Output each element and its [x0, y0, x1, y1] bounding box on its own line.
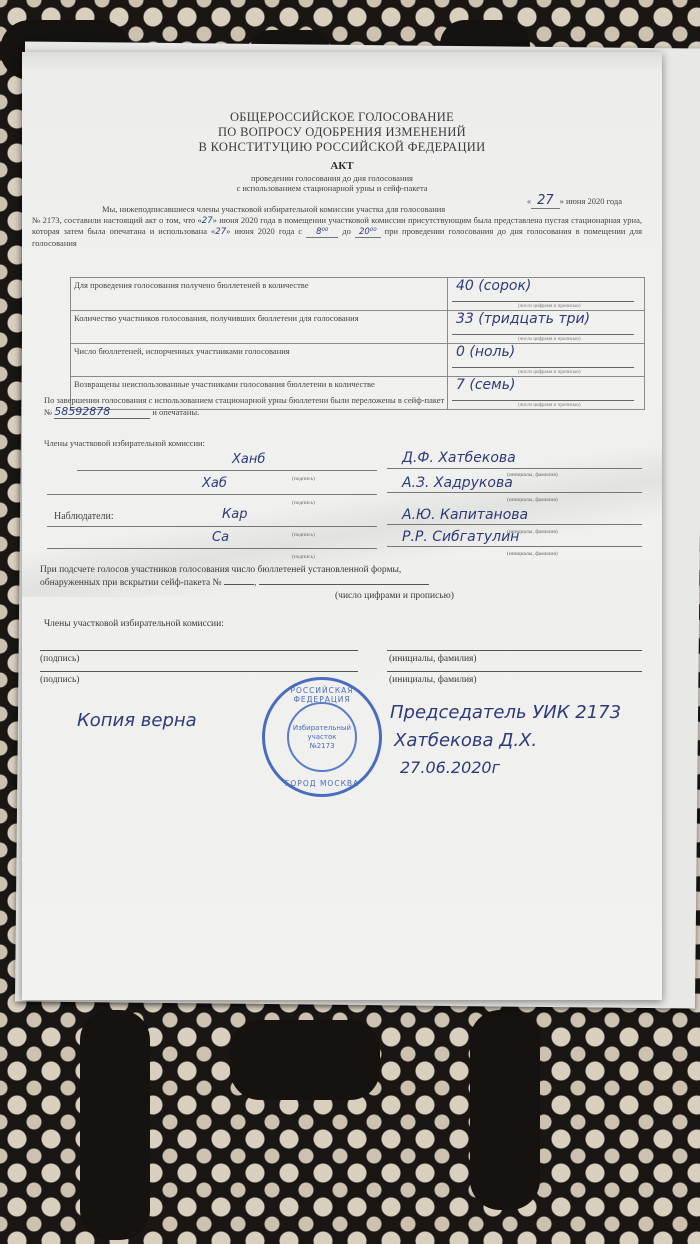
- table-row: Количество участников голосования, получ…: [71, 311, 645, 344]
- signatory-name: А.Ю. Капитанова: [402, 507, 528, 523]
- row-label: Число бюллетеней, испорченных участникам…: [71, 344, 448, 377]
- row-value: 7 (семь): [456, 377, 515, 393]
- intro-paragraph: Мы, нижеподписавшиеся члены участковой и…: [32, 204, 642, 248]
- voting-act-document: ОБЩЕРОССИЙСКОЕ ГОЛОСОВАНИЕ ПО ВОПРОСУ ОД…: [22, 52, 662, 1000]
- observers-label: Наблюдатели:: [54, 511, 114, 522]
- signatory-name: А.З. Хадрукова: [402, 475, 513, 491]
- document-title: ОБЩЕРОССИЙСКОЕ ГОЛОСОВАНИЕ ПО ВОПРОСУ ОД…: [22, 110, 662, 155]
- table-row: Число бюллетеней, испорченных участникам…: [71, 344, 645, 377]
- signatory-name: Р.Р. Сибгатулин: [402, 529, 519, 545]
- signatory-name: Д.Ф. Хатбекова: [402, 450, 516, 466]
- row-label: Для проведения голосования получено бюлл…: [71, 278, 448, 311]
- commission-stamp: РОССИЙСКАЯ ФЕДЕРАЦИЯ Избирательный участ…: [262, 677, 382, 797]
- row-value: 33 (тридцать три): [456, 311, 590, 327]
- safe-packet-statement: По завершении голосования с использовани…: [44, 395, 644, 418]
- safe-packet-number: 58592878: [54, 405, 150, 419]
- signature: Ханб: [232, 452, 265, 467]
- act-heading: АКТ: [22, 160, 662, 172]
- certification-date: 27.06.2020г: [400, 758, 500, 777]
- signature: Кар: [222, 507, 247, 522]
- signature: Хаб: [202, 476, 227, 491]
- signature: Са: [212, 530, 229, 545]
- bottom-members-label: Члены участковой избирательной комиссии:: [44, 619, 224, 629]
- row-value: 0 (ноль): [456, 344, 515, 360]
- row-value: 40 (сорок): [456, 278, 531, 294]
- copy-certified-note: Копия верна: [77, 710, 197, 731]
- commission-members-label: Члены участковой избирательной комиссии:: [44, 438, 205, 448]
- act-subtitle: проведении голосования до дня голосовани…: [22, 173, 642, 193]
- ballot-counts-table: Для проведения голосования получено бюлл…: [70, 277, 645, 410]
- chairperson-name: Хатбекова Д.Х.: [394, 730, 537, 751]
- table-row: Для проведения голосования получено бюлл…: [71, 278, 645, 311]
- recount-statement: При подсчете голосов участников голосова…: [40, 564, 640, 603]
- chairperson-role: Председатель УИК 2173: [390, 702, 621, 723]
- row-label: Количество участников голосования, получ…: [71, 311, 448, 344]
